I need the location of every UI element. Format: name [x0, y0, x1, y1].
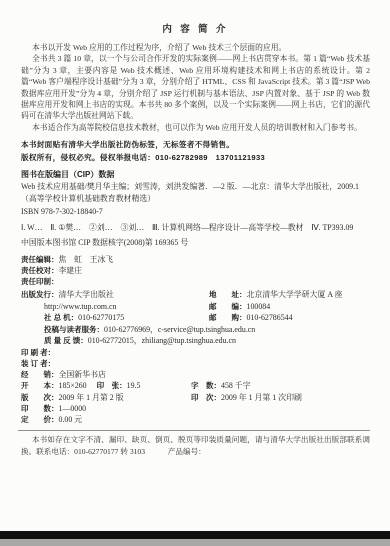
- zip-cell: 邮 编：100084: [209, 301, 270, 313]
- format-row: 开 本：185×260印 张：19.5 字 数：458 千字: [21, 380, 370, 391]
- editor-label: 责任编辑：: [21, 255, 59, 264]
- anti-piracy-sticker-notice: 本书封面贴有清华大学出版社防伪标签，无标签者不得销售。: [21, 139, 370, 152]
- print-run-row: 印 数：1—0000: [21, 403, 370, 414]
- content-summary-title: 内 容 简 介: [21, 24, 370, 36]
- cip-heading: 图书在版编目（CIP）数据: [21, 169, 370, 181]
- price-row: 定 价：0.00 元: [21, 414, 370, 425]
- cip-isbn: ISBN 978-7-302-18840-7: [21, 206, 370, 218]
- website-url: http://www.tup.com.cn: [44, 302, 116, 311]
- price-value: 0.00 元: [59, 415, 83, 424]
- wordcount-cell: 字 数：458 千字: [191, 380, 251, 391]
- publisher-row: 出版发行：清华大学出版社 地 址：北京清华大学学研大厦 A 座: [21, 289, 370, 301]
- binder-label: 装 订 者：: [21, 359, 55, 368]
- printing-info-block: 印 刷 者： 装 订 者： 经 销：全国新华书店 开 本：185×260印 张：…: [21, 347, 370, 425]
- print-run-label: 印 数：: [21, 404, 59, 413]
- publisher-cell: 出版发行：清华大学出版社: [21, 290, 114, 299]
- reader-service-contact: 010-62776969，c-service@tup.tsinghua.edu.…: [104, 325, 255, 334]
- address-cell: 地 址：北京清华大学学研大厦 A 座: [209, 289, 343, 301]
- impression-value: 2009 年 1 月第 1 次印刷: [221, 393, 302, 402]
- proofreader-name: 李建庄: [59, 266, 82, 275]
- editor-names: 焦 虹 王冰飞: [59, 255, 114, 264]
- print-supervisor-label: 责任印制：: [21, 277, 59, 286]
- wordcount-label: 字 数：: [191, 381, 221, 390]
- quality-feedback-contact: 010-62772015，zhiliang@tup.tsinghua.edu.c…: [88, 336, 236, 345]
- reader-service-label: 投稿与读者服务：: [44, 325, 104, 334]
- mailorder-phone: 010-62786544: [247, 313, 293, 322]
- format-value: 185×260: [59, 381, 87, 390]
- publisher-block: 出版发行：清华大学出版社 地 址：北京清华大学学研大厦 A 座 http://w…: [21, 289, 370, 347]
- anti-piracy-block: 本书封面贴有清华大学出版社防伪标签，无标签者不得销售。 版权所有，侵权必究。侵权…: [21, 139, 370, 164]
- switchboard-label: 社 总 机：: [44, 313, 78, 322]
- intro-paragraph-3: 本书适合作为高等院校信息技术教材，也可以作为 Web 应用开发人员的培训教材和入…: [21, 122, 370, 133]
- print-run-value: 1—0000: [59, 404, 87, 413]
- cip-classification: Ⅰ. W… Ⅱ. ①樊… ②刘… ③刘… Ⅲ. 计算机网络—程序设计—高等学校—…: [21, 222, 370, 234]
- quality-feedback-row: 质 量 反 馈：010-62772015，zhiliang@tup.tsingh…: [21, 335, 370, 347]
- zip-value: 100084: [247, 302, 271, 311]
- binder-row: 装 订 者：: [21, 358, 370, 369]
- book-copyright-page: 内 容 简 介 本书以开发 Web 应用的工作过程为序，介绍了 Web 技术三个…: [0, 0, 390, 546]
- mailorder-cell: 邮 购：010-62786544: [209, 312, 293, 324]
- zip-label: 邮 编：: [209, 302, 247, 311]
- intro-paragraph-2: 全书共 3 篇 10 章，以一个与公司合作开发的实际案例——网上书店贯穿本书。第…: [21, 53, 370, 121]
- format-label: 开 本：: [21, 381, 59, 390]
- address-value: 北京清华大学学研大厦 A 座: [247, 290, 343, 299]
- staff-print-supervisor-row: 责任印制：: [21, 276, 370, 287]
- sheets-value: 19.5: [127, 381, 141, 390]
- printer-label: 印 刷 者：: [21, 348, 55, 357]
- page-content: 内 容 简 介 本书以开发 Web 应用的工作过程为序，介绍了 Web 技术三个…: [0, 0, 390, 458]
- switchboard-phone: 010-62770175: [78, 313, 124, 322]
- cip-block: 图书在版编目（CIP）数据 Web 技术应用基础/樊月华主编；刘雪涛，刘洪发编著…: [21, 169, 370, 249]
- impression-label: 印 次：: [191, 393, 221, 402]
- wordcount-value: 458 千字: [221, 381, 251, 390]
- publisher-name: 清华大学出版社: [59, 290, 114, 299]
- reader-service-row: 投稿与读者服务：010-62776969，c-service@tup.tsing…: [21, 324, 370, 336]
- distributor-value: 全国新华书店: [59, 370, 106, 379]
- proofreader-label: 责任校对：: [21, 266, 59, 275]
- quality-problem-notice: 本书如存在文字不清、漏印、缺页、倒页、脱页等印装质量问题，请与清华大学出版社出版…: [21, 434, 370, 458]
- scan-edge-black-bar: [0, 531, 390, 539]
- staff-block: 责任编辑：焦 虹 王冰飞 责任校对：李建庄 责任印制：: [21, 254, 370, 287]
- website-row: http://www.tup.com.cn 邮 编：100084: [21, 301, 370, 313]
- mailorder-label: 邮 购：: [209, 313, 247, 322]
- staff-editor-row: 责任编辑：焦 虹 王冰飞: [21, 254, 370, 265]
- intro-paragraph-1: 本书以开发 Web 应用的工作过程为序，介绍了 Web 技术三个层面的应用。: [21, 42, 370, 53]
- distributor-row: 经 销：全国新华书店: [21, 369, 370, 380]
- cip-record-number: 中国版本图书馆 CIP 数据核字(2008)第 169365 号: [21, 237, 370, 249]
- cip-description: Web 技术应用基础/樊月华主编；刘雪涛，刘洪发编著．—2 版．—北京：清华大学…: [21, 181, 370, 193]
- edition-value: 2009 年 1 月第 2 版: [59, 393, 124, 402]
- switchboard-row: 社 总 机：010-62770175 邮 购：010-62786544: [21, 312, 370, 324]
- divider-line: [18, 430, 370, 431]
- publisher-label: 出版发行：: [21, 290, 59, 299]
- quality-feedback-label: 质 量 反 馈：: [44, 336, 88, 345]
- scan-edge-gray-bar: [0, 539, 390, 546]
- edition-row: 版 次：2009 年 1 月第 2 版 印 次：2009 年 1 月第 1 次印…: [21, 392, 370, 403]
- distributor-label: 经 销：: [21, 370, 59, 379]
- printer-row: 印 刷 者：: [21, 347, 370, 358]
- staff-proofreader-row: 责任校对：李建庄: [21, 265, 370, 276]
- edition-label: 版 次：: [21, 393, 59, 402]
- copyright-notice: 版权所有，侵权必究。侵权举报电话：010-62782989 1370112193…: [21, 152, 370, 165]
- sheets-label: 印 张：: [97, 381, 127, 390]
- address-label: 地 址：: [209, 290, 247, 299]
- price-label: 定 价：: [21, 415, 59, 424]
- impression-cell: 印 次：2009 年 1 月第 1 次印刷: [191, 392, 302, 403]
- cip-series: （高等学校计算机基础教育教材精选）: [21, 193, 370, 205]
